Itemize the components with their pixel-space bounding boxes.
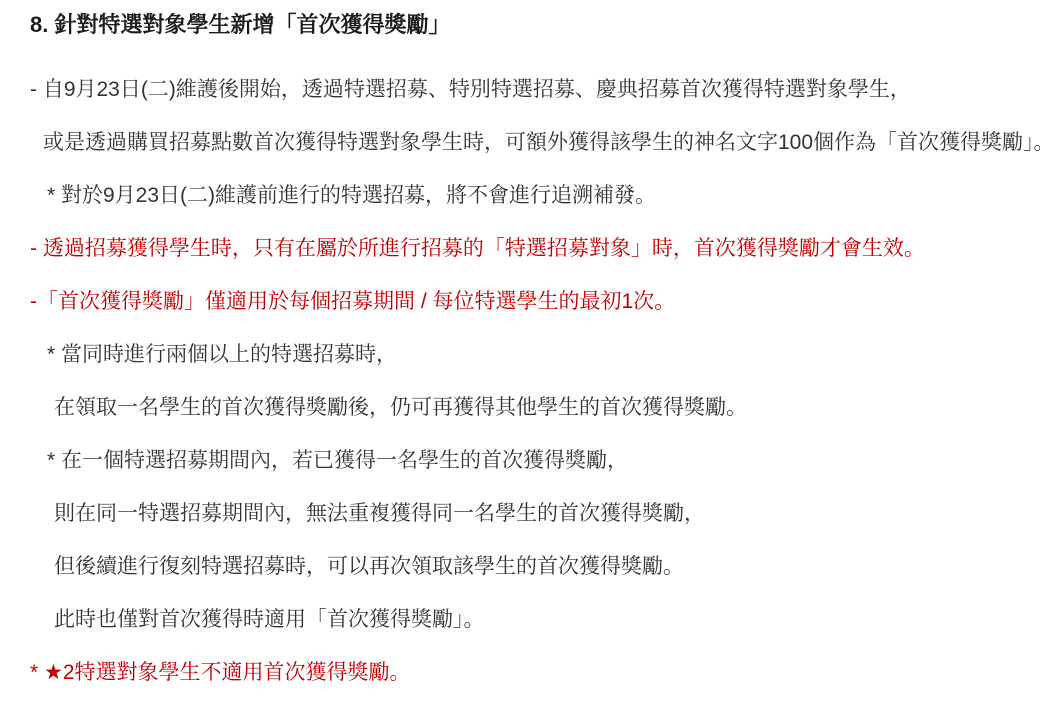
notice-line: * 對於9月23日(二)維護前進行的特選招募，將不會進行追溯補發。	[30, 182, 1040, 210]
notice-line: - 透過招募獲得學生時，只有在屬於所進行招募的「特選招募對象」時，首次獲得獎勵才…	[30, 235, 1040, 263]
notice-section: 8. 針對特選對象學生新增「首次獲得獎勵」 - 自9月23日(二)維護後開始，透…	[0, 0, 1040, 687]
notice-line: 則在同一特選招募期間內，無法重複獲得同一名學生的首次獲得獎勵，	[30, 500, 1040, 528]
notice-line: 在領取一名學生的首次獲得獎勵後，仍可再獲得其他學生的首次獲得獎勵。	[30, 394, 1040, 422]
notice-heading: 8. 針對特選對象學生新增「首次獲得獎勵」	[30, 10, 1040, 40]
notice-line: 此時也僅對首次獲得時適用「首次獲得獎勵」。	[30, 606, 1040, 634]
notice-line: * 在一個特選招募期間內，若已獲得一名學生的首次獲得獎勵，	[30, 447, 1040, 475]
notice-line: - 自9月23日(二)維護後開始，透過特選招募、特別特選招募、慶典招募首次獲得特…	[30, 76, 1040, 104]
notice-line: -「首次獲得獎勵」僅適用於每個招募期間 / 每位特選學生的最初1次。	[30, 288, 1040, 316]
notice-body: - 自9月23日(二)維護後開始，透過特選招募、特別特選招募、慶典招募首次獲得特…	[30, 76, 1040, 687]
notice-line: * 當同時進行兩個以上的特選招募時，	[30, 341, 1040, 369]
notice-line: 但後續進行復刻特選招募時，可以再次領取該學生的首次獲得獎勵。	[30, 553, 1040, 581]
notice-line: 或是透過購買招募點數首次獲得特選對象學生時，可額外獲得該學生的神名文字100個作…	[30, 129, 1040, 157]
notice-line: * ★2特選對象學生不適用首次獲得獎勵。	[30, 659, 1040, 687]
